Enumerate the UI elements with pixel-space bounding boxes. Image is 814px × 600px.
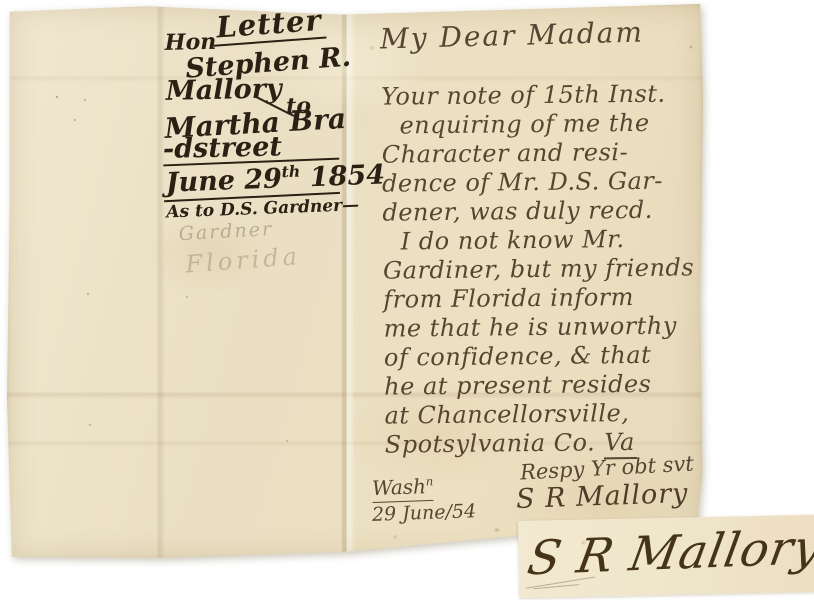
body-line: dence of Mr. D.S. Gar-: [382, 166, 694, 198]
body-line: Gardiner, but my friends: [383, 253, 695, 285]
county-text: Spotsylvania Co.: [385, 428, 604, 458]
body-line: I do not know Mr.: [383, 224, 695, 256]
body-line: dener, was duly recd.: [382, 195, 694, 227]
signature-inset: S R Mallory: [518, 515, 814, 598]
body-line: enquiring of me the: [381, 108, 693, 140]
docket-honorific: Hon: [165, 31, 217, 54]
place-line: Washn: [372, 476, 434, 498]
docket-date-day: June 29: [165, 163, 282, 198]
pencil-note-florida: Florida: [185, 244, 302, 276]
body-line: Character and resi-: [382, 137, 694, 169]
scanned-letter-page: Letter Hon Stephen R. Mallory to Martha …: [0, 0, 814, 600]
place-superscript: n: [425, 474, 433, 488]
signature-enlarged: S R Mallory: [524, 520, 814, 586]
docket-panel: Letter Hon Stephen R. Mallory to Martha …: [160, 6, 348, 290]
body-line: of confidence, & that: [384, 340, 696, 372]
docket-date: June 29th 1854: [165, 160, 385, 196]
docket-date-ordinal: th: [281, 162, 300, 182]
pencil-note-gardner: Gardner: [178, 220, 273, 244]
body-line: from Florida inform: [383, 282, 695, 314]
place-inner: Washn: [372, 474, 434, 503]
date-line: 29 June/54: [372, 502, 477, 525]
docket-recipient-line2: -dstreet: [163, 133, 282, 162]
signature-small: S R Mallory: [516, 480, 689, 513]
docket-date-year: 1854: [300, 159, 386, 193]
body-line: Your note of 15th Inst.: [381, 79, 693, 111]
place-text: Wash: [372, 474, 427, 500]
body-line: at Chancellorsville,: [384, 398, 696, 430]
body-line: me that he is unworthy: [383, 311, 695, 343]
letter-body-lines: Your note of 15th Inst. enquiring of me …: [381, 79, 697, 459]
salutation: My Dear Madam: [380, 19, 645, 54]
body-line: he at present resides: [384, 369, 696, 401]
docket-title: Letter: [211, 6, 326, 47]
